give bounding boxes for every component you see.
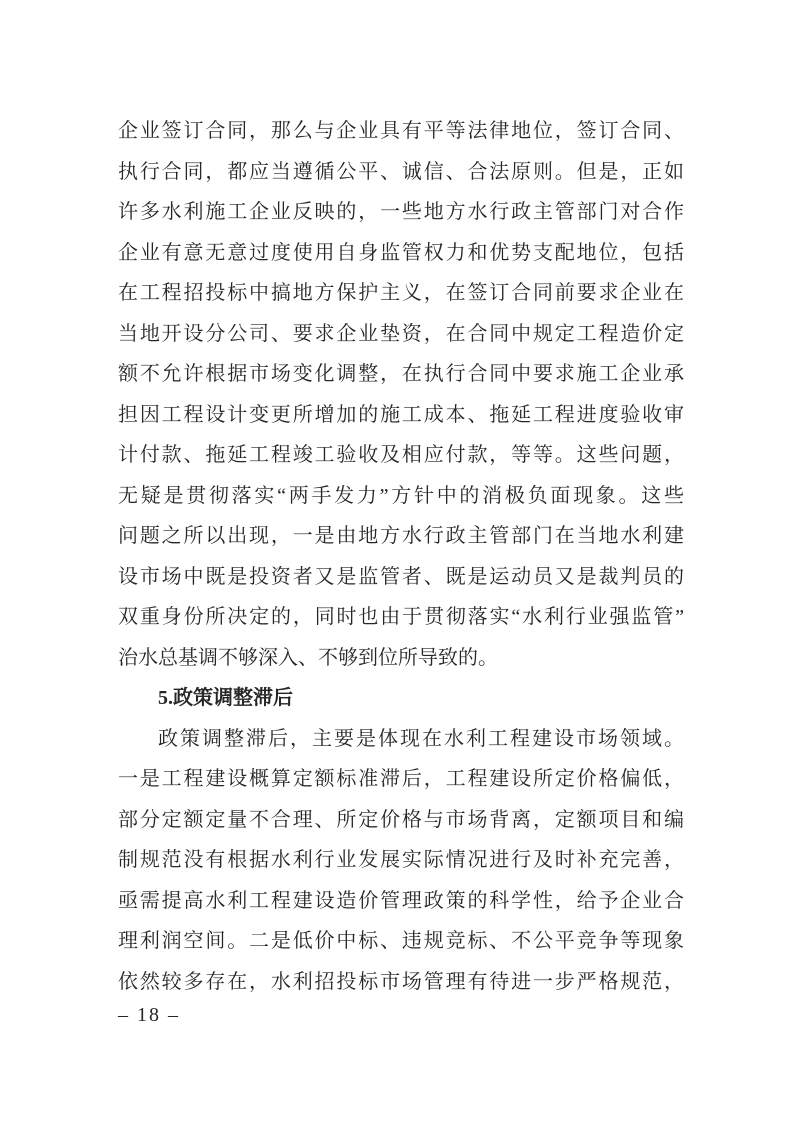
text-line: 计付款、拖延工程竣工验收及相应付款，等等。这些问题， [118, 435, 684, 476]
text-line: 执行合同，都应当遵循公平、诚信、合法原则。但是，正如 [118, 152, 684, 193]
section-heading: 5.政策调整滞后 [118, 678, 684, 719]
text-line: 担因工程设计变更所增加的施工成本、拖延工程进度验收审 [118, 395, 684, 436]
text-line: 依然较多存在，水利招投标市场管理有待进一步严格规范， [118, 962, 684, 1003]
text-line: 双重身份所决定的，同时也由于贯彻落实“水利行业强监管” [118, 597, 684, 638]
text-line: 企业签订合同，那么与企业具有平等法律地位，签订合同、 [118, 111, 684, 152]
page-number: – 18 – [118, 1000, 180, 1030]
text-line: 问题之所以出现，一是由地方水行政主管部门在当地水利建 [118, 516, 684, 557]
text-line: 额不允许根据市场变化调整，在执行合同中要求施工企业承 [118, 354, 684, 395]
text-line: 设市场中既是投资者又是监管者、既是运动员又是裁判员的 [118, 557, 684, 598]
text-line: 当地开设分公司、要求企业垫资，在合同中规定工程造价定 [118, 314, 684, 355]
text-line: 部分定额定量不合理、所定价格与市场背离，定额项目和编 [118, 800, 684, 841]
text-line: 理利润空间。二是低价中标、违规竞标、不公平竞争等现象 [118, 921, 684, 962]
text-line: 政策调整滞后，主要是体现在水利工程建设市场领域。 [118, 719, 684, 760]
text-line: 治水总基调不够深入、不够到位所导致的。 [118, 638, 684, 679]
text-line: 制规范没有根据水利行业发展实际情况进行及时补充完善， [118, 840, 684, 881]
text-line: 一是工程建设概算定额标准滞后，工程建设所定价格偏低， [118, 759, 684, 800]
text-line: 许多水利施工企业反映的，一些地方水行政主管部门对合作 [118, 192, 684, 233]
text-line: 企业有意无意过度使用自身监管权力和优势支配地位，包括 [118, 233, 684, 274]
document-page: 企业签订合同，那么与企业具有平等法律地位，签订合同、执行合同，都应当遵循公平、诚… [0, 0, 800, 1131]
text-line: 亟需提高水利工程建设造价管理政策的科学性，给予企业合 [118, 881, 684, 922]
text-line: 无疑是贯彻落实“两手发力”方针中的消极负面现象。这些 [118, 476, 684, 517]
text-block: 企业签订合同，那么与企业具有平等法律地位，签订合同、执行合同，都应当遵循公平、诚… [118, 111, 684, 1002]
text-line: 在工程招投标中搞地方保护主义，在签订合同前要求企业在 [118, 273, 684, 314]
